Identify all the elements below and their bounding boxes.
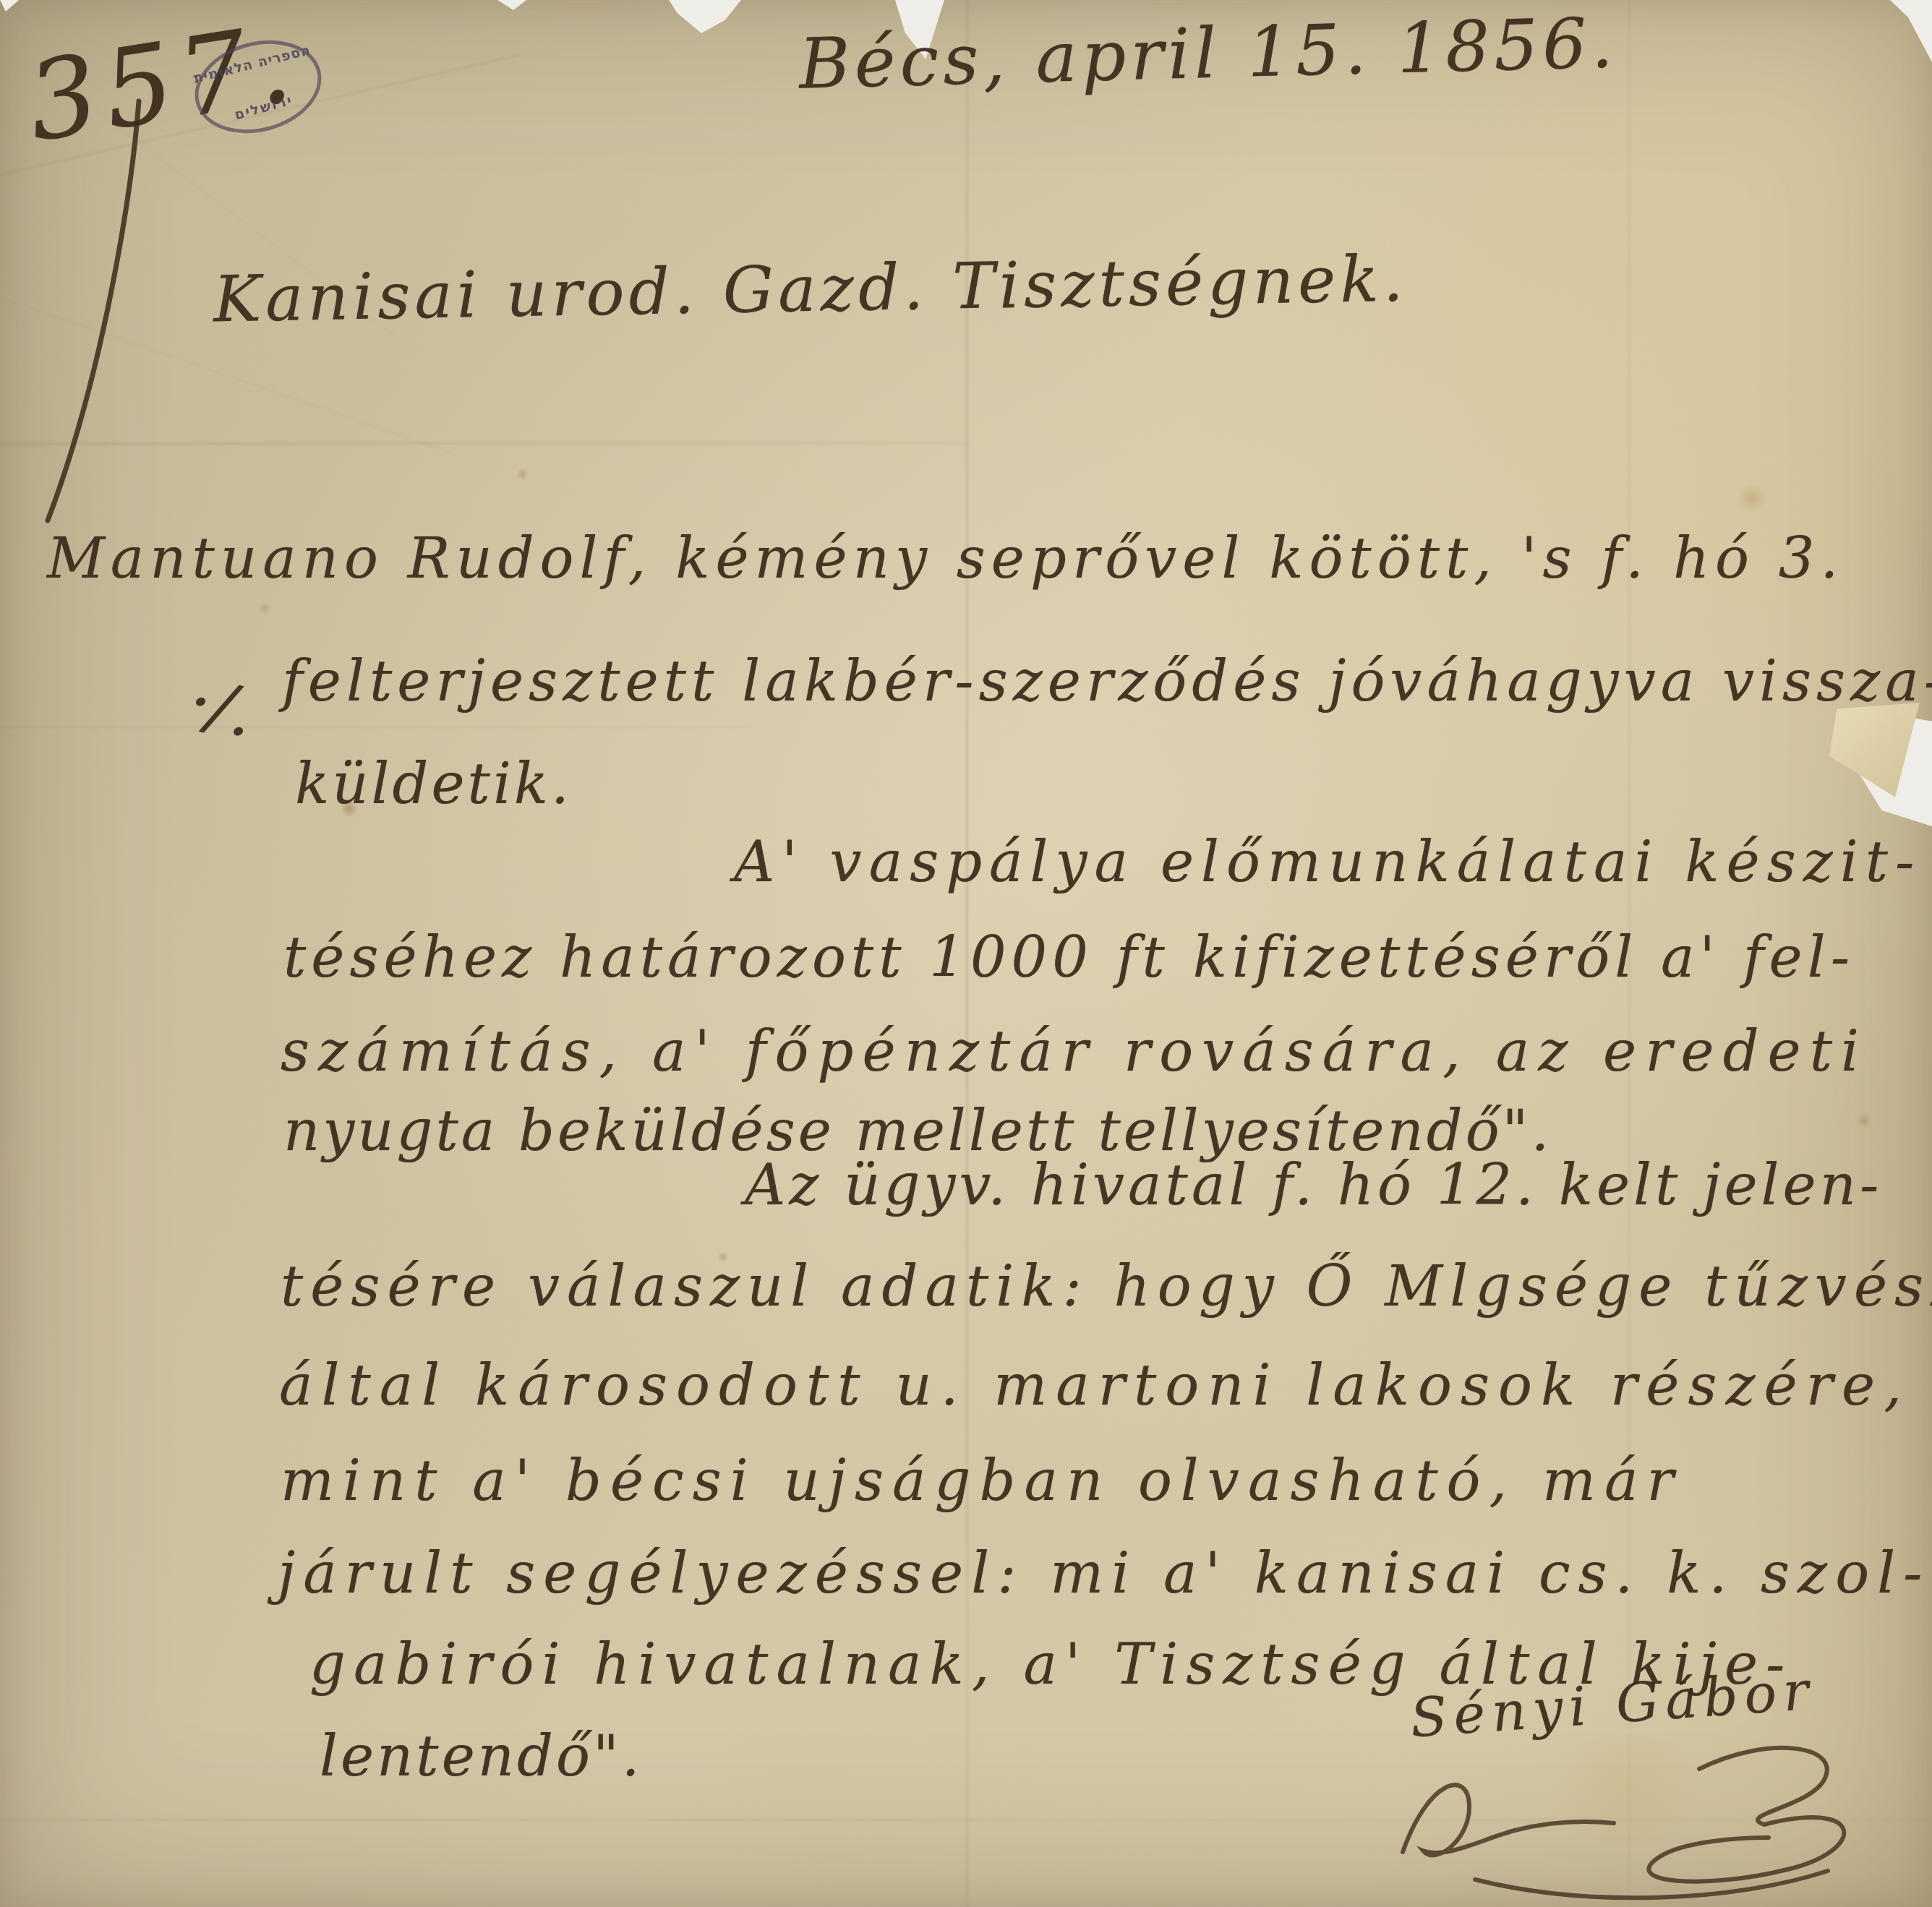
body-line: téséhez határozott 1000 ft kifizettésérő… (283, 925, 1855, 990)
body-line: mint a' bécsi ujságban olvasható, már (281, 1449, 1683, 1514)
foxing-spot (257, 603, 272, 614)
fold-crease (0, 726, 752, 728)
signature-flourish (1359, 1729, 1880, 1903)
margin-mark: ·/. (181, 662, 262, 753)
stamp-text-line2: ירושלים (203, 85, 325, 132)
foxing-spot (1855, 1113, 1873, 1128)
archival-number-flourish (30, 87, 161, 535)
document-page: 357. הספריה הלאומית ירושלים Bécs, april … (0, 0, 1932, 1907)
body-line: által károsodott u. martoni lakosok rész… (279, 1353, 1910, 1418)
paper-tear (1884, 0, 1932, 62)
body-line: felterjesztett lakbér-szerződés jóváhagy… (282, 649, 1932, 714)
body-line: járult segélyezéssel: mi a' kanisai cs. … (278, 1541, 1930, 1606)
body-line: A' vaspálya előmunkálatai készit- (734, 830, 1921, 895)
body-line: tésére válaszul adatik: hogy Ő Mlgsége t… (281, 1254, 1932, 1319)
paper-tear (669, 0, 741, 33)
paper-tear (0, 0, 19, 12)
body-line: küldetik. (295, 752, 572, 817)
paper-tear (497, 0, 526, 10)
body-line: számítás, a' főpénztár rovására, az ered… (281, 1019, 1868, 1084)
body-line: Mantuano Rudolf, kémény seprővel kötött,… (47, 526, 1844, 591)
foxing-spot (1735, 484, 1769, 513)
body-line: lentendő". (320, 1724, 643, 1789)
body-line: Az ügyv. hivatal f. hó 12. kelt jelen- (745, 1153, 1882, 1218)
foxing-spot (516, 468, 529, 480)
salutation: Kanisai urod. Gazd. Tisztségnek. (213, 241, 1408, 337)
